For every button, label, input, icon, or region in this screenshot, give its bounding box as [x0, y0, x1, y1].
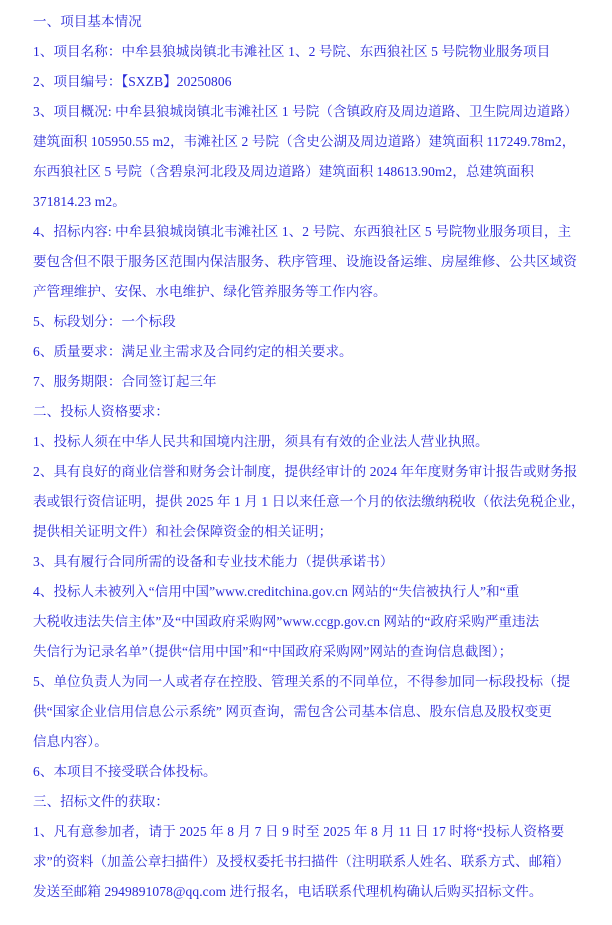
doc-line-acquisition-1b: 求”的资料（加盖公章扫描件）及授权委托书扫描件（注明联系人姓名、联系方式、邮箱） [33, 847, 588, 877]
doc-line-lot-division: 5、标段划分：一个标段 [33, 307, 588, 337]
doc-line-qualification-2b: 表或银行资信证明，提供 2025 年 1 月 1 日以来任意一个月的依法缴纳税收… [33, 487, 588, 517]
doc-line-qualification-1: 1、投标人须在中华人民共和国境内注册，须具有有效的企业法人营业执照。 [33, 427, 588, 457]
doc-line-tender-content-3: 产管理维护、安保、水电维护、绿化管养服务等工作内容。 [33, 277, 588, 307]
doc-line-qualification-4c: 失信行为记录名单”（提供“信用中国”和“中国政府采购网”网站的查询信息截图）； [33, 637, 588, 667]
doc-line-acquisition-1c: 发送至邮箱 2949891078@qq.com 进行报名，电话联系代理机构确认后… [33, 877, 588, 907]
doc-line-project-overview-2: 建筑面积 105950.55 m2，韦滩社区 2 号院（含史公湖及周边道路）建筑… [33, 127, 588, 157]
doc-line-qualification-4b: 大税收违法失信主体”及“中国政府采购网”www.ccgp.gov.cn 网站的“… [33, 607, 588, 637]
document-page: 一、项目基本情况 1、项目名称：中牟县狼城岗镇北韦滩社区 1、2 号院、东西狼社… [0, 0, 612, 925]
section-heading-project-info: 一、项目基本情况 [33, 7, 588, 37]
section-heading-document-acquisition: 三、招标文件的获取： [33, 787, 588, 817]
doc-line-project-overview-1: 3、项目概况: 中牟县狼城岗镇北韦滩社区 1 号院（含镇政府及周边道路、卫生院周… [33, 97, 588, 127]
doc-line-qualification-3: 3、具有履行合同所需的设备和专业技术能力（提供承诺书） [33, 547, 588, 577]
doc-line-qualification-5c: 信息内容）。 [33, 727, 588, 757]
doc-line-tender-content-2: 要包含但不限于服务区范围内保洁服务、秩序管理、设施设备运维、房屋维修、公共区域资 [33, 247, 588, 277]
doc-line-project-overview-3: 东西狼社区 5 号院（含碧泉河北段及周边道路）建筑面积 148613.90m2，… [33, 157, 588, 187]
doc-line-qualification-4a: 4、投标人未被列入“信用中国”www.creditchina.gov.cn 网站… [33, 577, 588, 607]
doc-line-project-name: 1、项目名称：中牟县狼城岗镇北韦滩社区 1、2 号院、东西狼社区 5 号院物业服… [33, 37, 588, 67]
doc-line-qualification-5b: 供“国家企业信用信息公示系统” 网页查询，需包含公司基本信息、股东信息及股权变更 [33, 697, 588, 727]
doc-line-quality-req: 6、质量要求：满足业主需求及合同约定的相关要求。 [33, 337, 588, 367]
doc-line-no-consortium: 6、本项目不接受联合体投标。 [33, 757, 588, 787]
doc-line-qualification-5a: 5、单位负责人为同一人或者存在控股、管理关系的不同单位，不得参加同一标段投标（提 [33, 667, 588, 697]
doc-line-tender-content-1: 4、招标内容: 中牟县狼城岗镇北韦滩社区 1、2 号院、东西狼社区 5 号院物业… [33, 217, 588, 247]
doc-line-qualification-2a: 2、具有良好的商业信誉和财务会计制度，提供经审计的 2024 年年度财务审计报告… [33, 457, 588, 487]
doc-line-project-number: 2、项目编号：【SXZB】20250806 [33, 67, 588, 97]
doc-line-service-period: 7、服务期限：合同签订起三年 [33, 367, 588, 397]
doc-line-qualification-2c: 提供相关证明文件）和社会保障资金的相关证明； [33, 517, 588, 547]
section-heading-bidder-qualifications: 二、投标人资格要求： [33, 397, 588, 427]
doc-line-acquisition-1a: 1、凡有意参加者，请于 2025 年 8 月 7 日 9 时至 2025 年 8… [33, 817, 588, 847]
doc-line-project-overview-4: 371814.23 m2。 [33, 187, 588, 217]
